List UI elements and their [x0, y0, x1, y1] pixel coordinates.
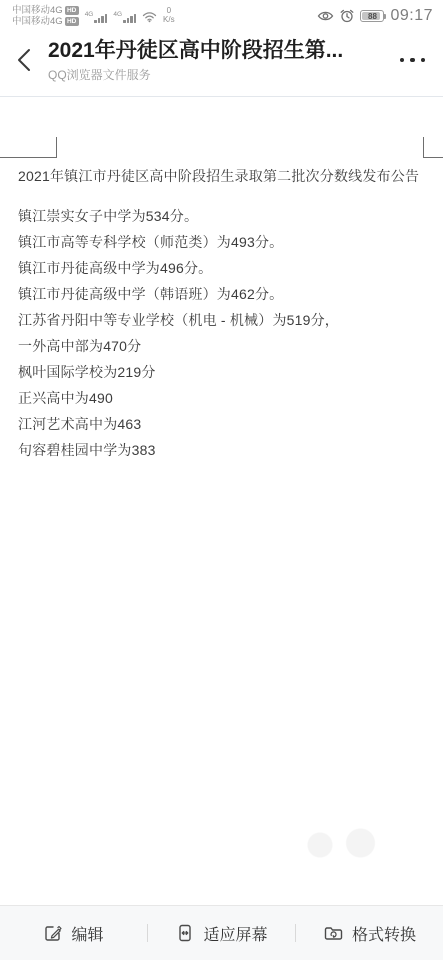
battery-percent: 88: [361, 12, 383, 21]
document-body: 2021年镇江市丹徒区高中阶段招生录取第二批次分数线发布公告 镇江崇实女子中学为…: [18, 168, 431, 468]
signal-strength-icon-sim1: 4G: [85, 14, 108, 23]
score-line: 江河艺术高中为463: [18, 416, 431, 432]
score-line: 枫叶国际学校为219分: [18, 364, 431, 380]
format-convert-label: 格式转换: [352, 922, 416, 945]
edit-label: 编辑: [71, 922, 103, 945]
fit-screen-label: 适应屏幕: [203, 922, 267, 945]
fit-screen-button[interactable]: 适应屏幕: [148, 906, 295, 960]
back-button[interactable]: [14, 43, 44, 77]
format-convert-button[interactable]: 格式转换: [296, 906, 443, 960]
network-speed: 0 K/s: [163, 6, 175, 24]
edit-button[interactable]: 编辑: [0, 906, 147, 960]
carrier-labels: 中国移动4G HD 中国移动4G HD: [12, 6, 79, 27]
more-menu-button[interactable]: [398, 48, 428, 73]
score-line: 镇江崇实女子中学为534分。: [18, 208, 431, 224]
volte-hd-icon: HD: [65, 17, 79, 26]
battery-icon: 88: [360, 10, 384, 22]
score-line: 镇江市丹徒高级中学（韩语班）为462分。: [18, 286, 431, 302]
edit-icon: [43, 923, 63, 943]
back-chevron-icon: [14, 47, 36, 73]
document-page[interactable]: 2021年镇江市丹徒区高中阶段招生录取第二批次分数线发布公告 镇江崇实女子中学为…: [0, 97, 443, 905]
status-bar: 中国移动4G HD 中国移动4G HD 4G 4G: [0, 0, 443, 30]
file-viewer-header: 2021年丹徒区高中阶段招生第... QQ浏览器文件服务: [0, 30, 443, 96]
page-margin-mark-right: [423, 137, 424, 158]
carrier-name-sim2: 中国移动4G: [12, 17, 63, 27]
volte-hd-icon: HD: [65, 6, 79, 15]
score-line: 镇江市丹徒高级中学为496分。: [18, 260, 431, 276]
alarm-clock-icon: [340, 9, 354, 23]
status-time: 09:17: [390, 7, 433, 25]
announcement-title: 2021年镇江市丹徒区高中阶段招生录取第二批次分数线发布公告: [18, 168, 431, 184]
signal-strength-icon-sim2: 4G: [113, 14, 136, 23]
page-margin-mark-right: [423, 157, 443, 158]
page-margin-mark-left: [56, 137, 57, 158]
score-line: 句容碧桂园中学为383: [18, 442, 431, 458]
page-margin-mark-left: [0, 157, 57, 158]
phone-screen: 中国移动4G HD 中国移动4G HD 4G 4G: [0, 0, 443, 960]
score-line: 镇江市高等专科学校（师范类）为493分。: [18, 234, 431, 250]
bottom-toolbar: 编辑 适应屏幕 格式转换: [0, 905, 443, 960]
score-line: 正兴高中为490: [18, 390, 431, 406]
service-subtitle: QQ浏览器文件服务: [48, 66, 398, 83]
score-line: 一外高中部为470分: [18, 338, 431, 354]
document-title: 2021年丹徒区高中阶段招生第...: [48, 38, 398, 64]
wifi-icon: [142, 11, 157, 23]
eye-comfort-icon: [317, 10, 334, 22]
carrier-name-sim1: 中国移动4G: [12, 6, 63, 16]
format-convert-icon: [323, 923, 344, 943]
score-line: 江苏省丹阳中等专业学校（机电 - 机械）为519分，: [18, 312, 431, 328]
fit-screen-icon: [175, 923, 195, 943]
watermark: [293, 825, 383, 865]
